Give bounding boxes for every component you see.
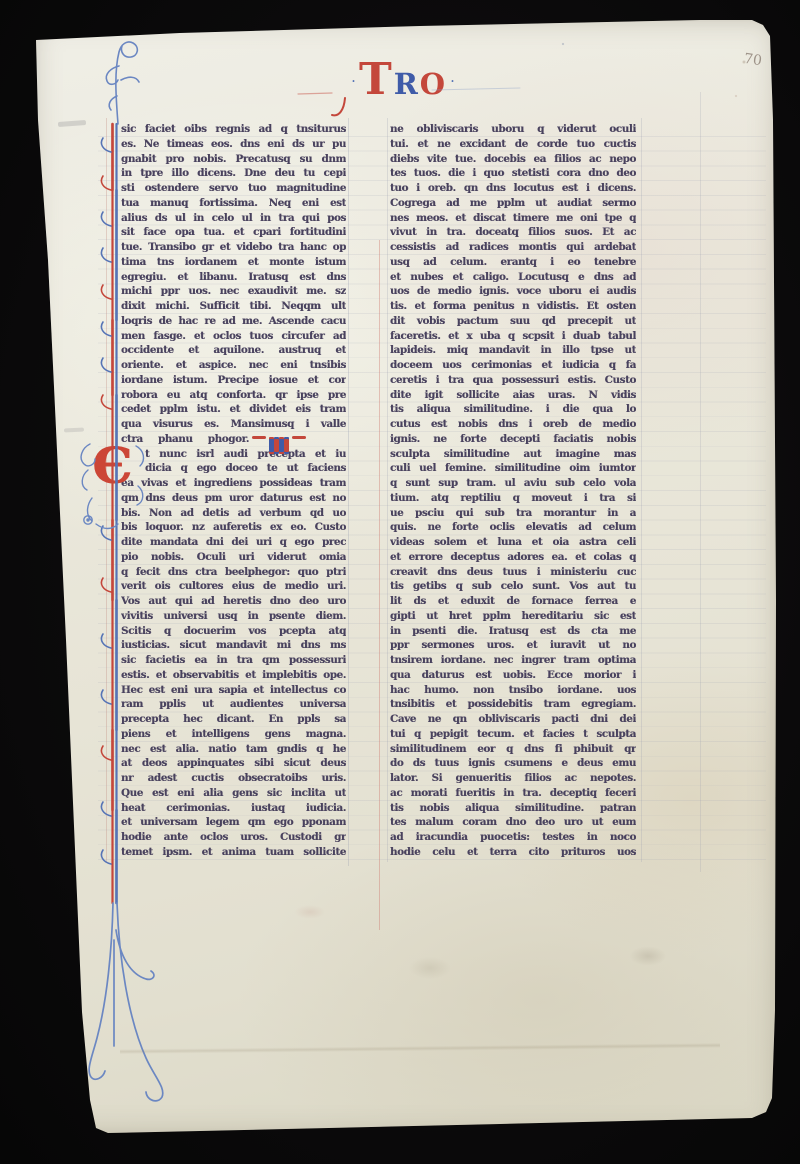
- photograph-background: ·TRO· 70 sic faciet oibs regnis ad q tns…: [0, 0, 800, 1164]
- manuscript-leaf: ·TRO· 70 sic faciet oibs regnis ad q tns…: [0, 0, 800, 1164]
- parchment-stains: [0, 0, 800, 1164]
